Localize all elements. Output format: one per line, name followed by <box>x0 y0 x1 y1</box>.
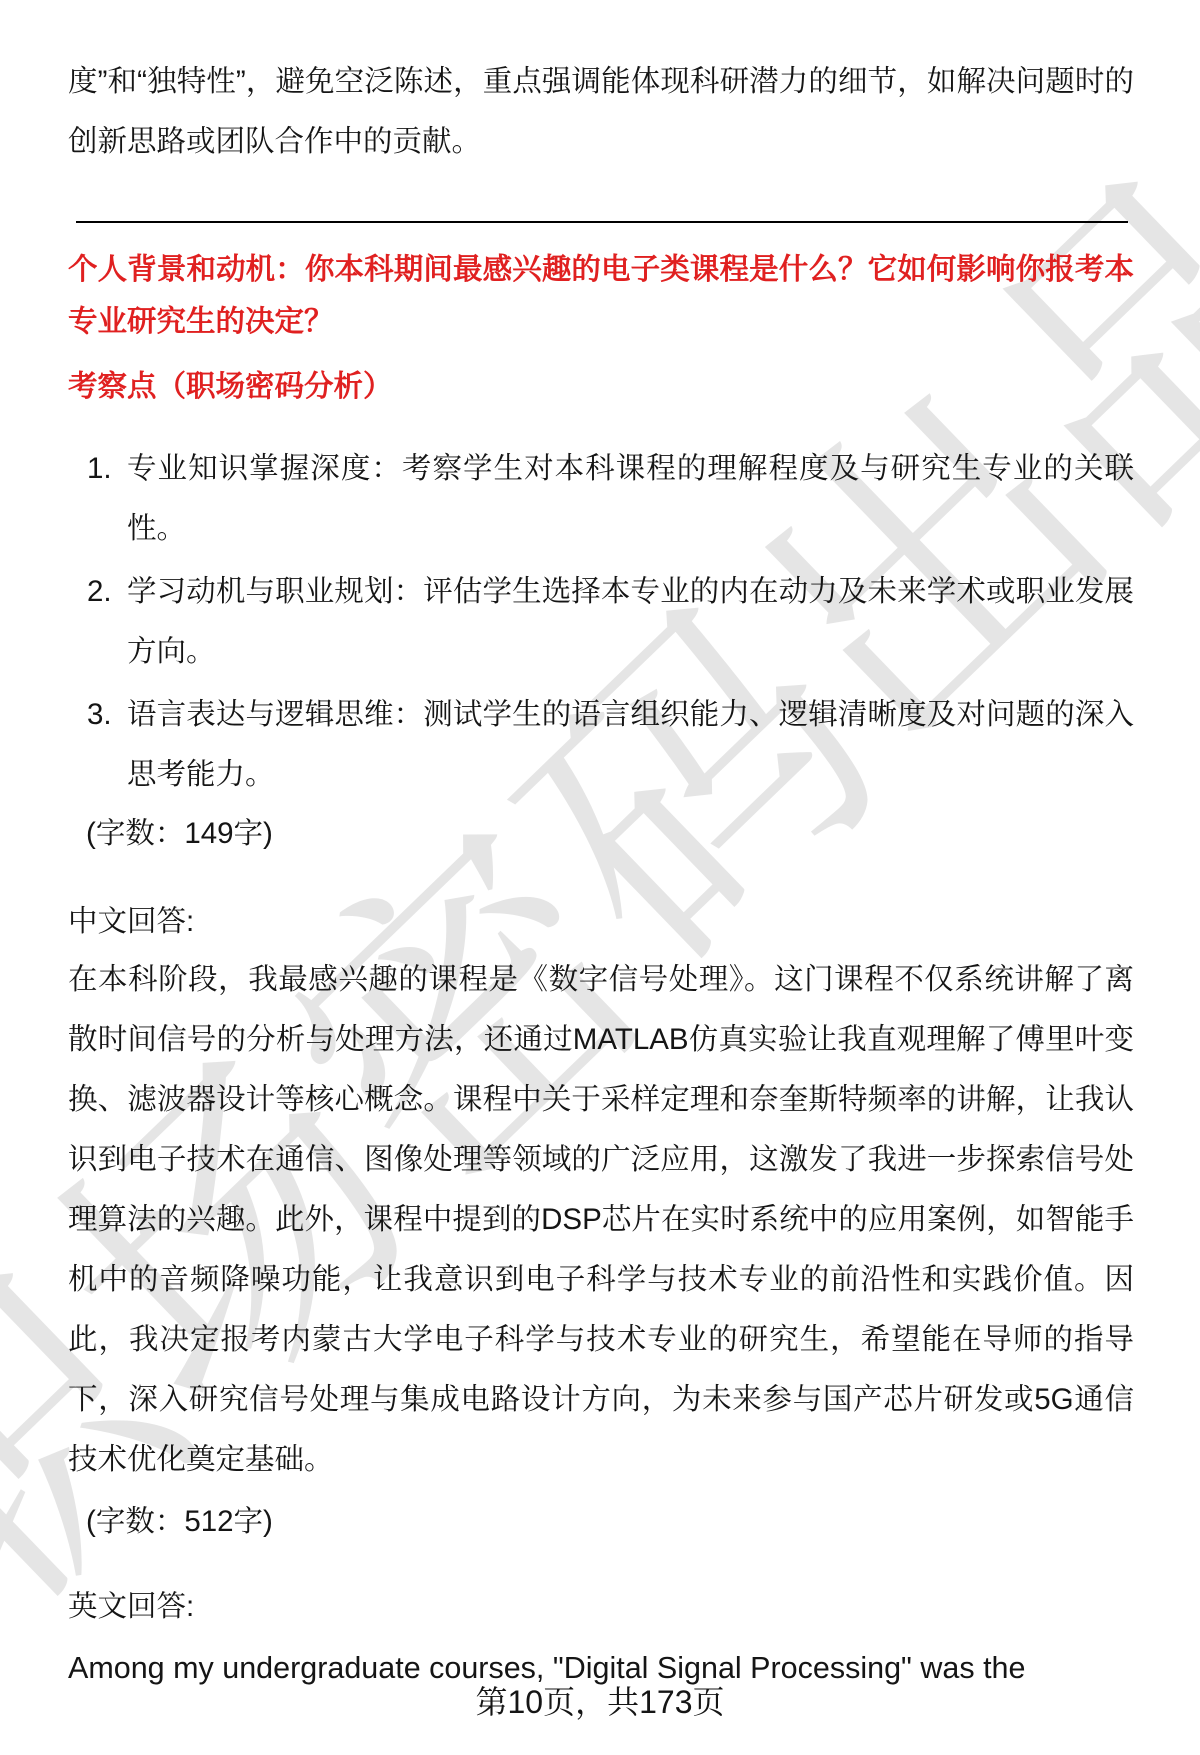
list-item-text: 语言表达与逻辑思维：测试学生的语言组织能力、逻辑清晰度及对问题的深入思考能力。 <box>127 698 1134 791</box>
list-item-number: 1. <box>87 439 112 499</box>
question-title: 个人背景和动机：你本科期间最感兴趣的电子类课程是什么？它如何影响你报考本专业研究… <box>68 244 1134 348</box>
analysis-heading: 考察点（职场密码分析） <box>68 361 393 413</box>
english-answer-label: 英文回答: <box>68 1577 194 1637</box>
analysis-list: 1. 专业知识掌握深度：考察学生对本科课程的理解程度及与研究生专业的关联性。 2… <box>68 439 1134 808</box>
list-item-text: 专业知识掌握深度：考察学生对本科课程的理解程度及与研究生专业的关联性。 <box>127 452 1134 545</box>
list-item-text: 学习动机与职业规划：评估学生选择本专业的内在动力及未来学术或职业发展方向。 <box>127 575 1134 668</box>
analysis-list-item: 2. 学习动机与职业规划：评估学生选择本专业的内在动力及未来学术或职业发展方向。 <box>68 562 1134 682</box>
page-content: 度”和“独特性”，避免空泛陈述，重点强调能体现科研潜力的细节，如解决问题时的创新… <box>0 0 1200 1755</box>
section-divider <box>76 221 1128 223</box>
chinese-answer-word-count: (字数：512字) <box>86 1492 273 1552</box>
page-number-indicator: 第10页，共173页 <box>0 1682 1200 1722</box>
list-item-number: 3. <box>87 685 112 745</box>
list-item-number: 2. <box>87 562 112 622</box>
continuation-paragraph: 度”和“独特性”，避免空泛陈述，重点强调能体现科研潜力的细节，如解决问题时的创新… <box>68 52 1134 172</box>
analysis-list-item: 3. 语言表达与逻辑思维：测试学生的语言组织能力、逻辑清晰度及对问题的深入思考能… <box>68 685 1134 805</box>
chinese-answer-label: 中文回答: <box>68 892 194 952</box>
chinese-answer-paragraph: 在本科阶段，我最感兴趣的课程是《数字信号处理》。这门课程不仅系统讲解了离散时间信… <box>68 950 1134 1490</box>
analysis-word-count: (字数：149字) <box>86 804 273 864</box>
document-page: 职场密码出品 度”和“独特性”，避免空泛陈述，重点强调能体现科研潜力的细节，如解… <box>0 0 1200 1755</box>
analysis-list-item: 1. 专业知识掌握深度：考察学生对本科课程的理解程度及与研究生专业的关联性。 <box>68 439 1134 559</box>
